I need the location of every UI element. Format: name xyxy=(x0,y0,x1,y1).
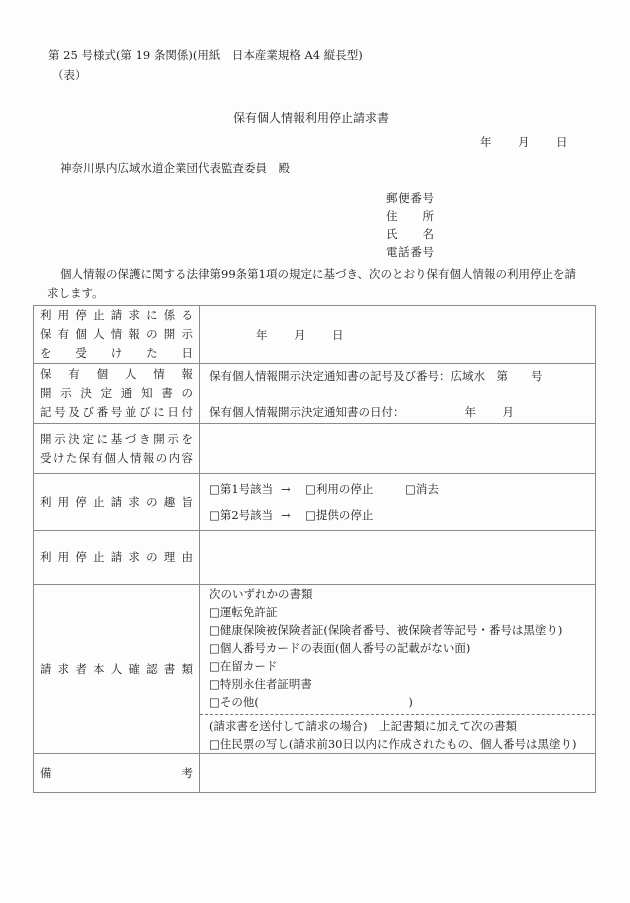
header-line: 開示決定通知書の xyxy=(40,384,193,403)
header-line: を受けた日 xyxy=(40,344,193,363)
table-row-purpose: 利用停止請求の趣旨 □第1号該当→□利用の停止□消去 □第2号該当→□提供の停止 xyxy=(34,474,596,531)
special-permanent-resident-checkbox[interactable]: □特別永住者証明書 xyxy=(209,675,595,693)
form-side-label: （表） xyxy=(52,67,87,83)
header-line: 保有個人情報の開示 xyxy=(40,325,193,344)
drivers-license-checkbox[interactable]: □運転免許証 xyxy=(209,603,595,621)
stop-use-checkbox[interactable]: □利用の停止 xyxy=(305,480,405,498)
table-row-notice-number: 保有個人情報 開示決定通知書の 記号及び番号並びに日付 保有個人情報開示決定通知… xyxy=(34,364,596,424)
notice-number-cell[interactable]: 保有個人情報開示決定通知書の記号及び番号：広域水 第 号 保有個人情報開示決定通… xyxy=(200,364,596,424)
month-label: 月 xyxy=(503,405,515,419)
postal-code-field[interactable]: 郵便番号 xyxy=(386,190,434,206)
disclosed-content-input[interactable] xyxy=(200,424,596,474)
postal-code-label: 郵便番号 xyxy=(386,190,434,206)
notice-date-label: 保有個人情報開示決定通知書の日付： xyxy=(209,405,405,419)
purpose-cell: □第1号該当→□利用の停止□消去 □第2号該当→□提供の停止 xyxy=(200,474,596,531)
purpose-header: 利用停止請求の趣旨 xyxy=(34,474,200,531)
header-line: 利用停止請求の理由 xyxy=(40,548,193,567)
case2-checkbox[interactable]: □第2号該当 xyxy=(209,506,281,524)
erase-checkbox[interactable]: □消去 xyxy=(405,482,439,496)
intro-text-line2: 求します。 xyxy=(47,285,104,301)
case1-checkbox[interactable]: □第1号該当 xyxy=(209,480,281,498)
disclosure-date-header: 利用停止請求に係る 保有個人情報の開示 を受けた日 xyxy=(34,306,200,364)
year-label: 年 xyxy=(465,403,503,421)
month-label: 月 xyxy=(518,134,556,150)
remarks-label-right: 考 xyxy=(182,765,194,781)
mail-request-note: (請求書を送付して請求の場合) 上記書類に加えて次の書類 xyxy=(200,717,595,735)
header-line: 保有個人情報 xyxy=(40,365,193,384)
dashed-divider: (請求書を送付して請求の場合) 上記書類に加えて次の書類 □住民票の写し(請求前… xyxy=(200,714,595,753)
header-line: 受けた保有個人情報の内容 xyxy=(40,449,193,468)
identity-documents-cell: 次のいずれかの書類 □運転免許証 □健康保険被保険者証(保険者番号、被保険者等記… xyxy=(200,585,596,754)
disclosure-date-input[interactable]: 年月日 xyxy=(200,306,596,364)
reason-input[interactable] xyxy=(200,531,596,585)
header-line: 利用停止請求の趣旨 xyxy=(40,493,193,512)
disclosed-content-header: 開示決定に基づき開示を 受けた保有個人情報の内容 xyxy=(34,424,200,474)
name-field[interactable]: 氏名 xyxy=(386,226,434,242)
intro-text-line1: 個人情報の保護に関する法律第99条第1項の規定に基づき、次のとおり保有個人情報の… xyxy=(60,266,576,282)
request-date: 年月日 xyxy=(480,134,568,150)
year-label: 年 xyxy=(480,134,518,150)
resident-record-checkbox[interactable]: □住民票の写し(請求前30日以内に作成されたもの、個人番号は黒塗り) xyxy=(200,735,595,753)
stop-provision-checkbox[interactable]: □提供の停止 xyxy=(305,508,373,522)
header-line: 開示決定に基づき開示を xyxy=(40,430,193,449)
month-label: 月 xyxy=(294,327,332,343)
address-field[interactable]: 住所 xyxy=(386,208,434,224)
notice-date-line: 保有個人情報開示決定通知書の日付：年月 xyxy=(209,403,595,421)
table-row-reason: 利用停止請求の理由 xyxy=(34,531,596,585)
identity-documents-header: 請求者本人確認書類 xyxy=(34,585,200,754)
other-document-checkbox[interactable]: □その他( ) xyxy=(209,693,595,711)
addressee: 神奈川県内広域水道企業団代表監査委員 殿 xyxy=(60,160,290,176)
year-label: 年 xyxy=(256,327,294,343)
table-row-disclosed-content: 開示決定に基づき開示を 受けた保有個人情報の内容 xyxy=(34,424,596,474)
residence-card-checkbox[interactable]: □在留カード xyxy=(209,657,595,675)
header-line: 利用停止請求に係る xyxy=(40,306,193,325)
day-label: 日 xyxy=(556,134,568,150)
address-label: 住所 xyxy=(386,208,434,224)
health-insurance-checkbox[interactable]: □健康保険被保険者証(保険者番号、被保険者等記号・番号は黒塗り) xyxy=(209,621,595,639)
phone-field[interactable]: 電話番号 xyxy=(386,244,434,260)
table-row-remarks: 備 考 xyxy=(34,754,596,793)
purpose-option-2: □第2号該当→□提供の停止 xyxy=(209,506,595,524)
header-line: 記号及び番号並びに日付 xyxy=(40,403,193,422)
header-line: 請求者本人確認書類 xyxy=(40,660,193,679)
phone-label: 電話番号 xyxy=(386,244,434,260)
request-form-table: 利用停止請求に係る 保有個人情報の開示 を受けた日 年月日 保有個人情報 開示決… xyxy=(33,305,596,793)
documents-intro: 次のいずれかの書類 xyxy=(209,585,595,603)
arrow-icon: → xyxy=(281,506,305,524)
my-number-card-checkbox[interactable]: □個人番号カードの表面(個人番号の記載がない面) xyxy=(209,639,595,657)
notice-number-header: 保有個人情報 開示決定通知書の 記号及び番号並びに日付 xyxy=(34,364,200,424)
day-label: 日 xyxy=(332,328,344,342)
document-title: 保有個人情報利用停止請求書 xyxy=(0,109,630,126)
table-row-disclosure-date: 利用停止請求に係る 保有個人情報の開示 を受けた日 年月日 xyxy=(34,306,596,364)
remarks-label-left: 備 xyxy=(40,765,52,781)
table-row-identity-documents: 請求者本人確認書類 次のいずれかの書類 □運転免許証 □健康保険被保険者証(保険… xyxy=(34,585,596,754)
reason-header: 利用停止請求の理由 xyxy=(34,531,200,585)
arrow-icon: → xyxy=(281,480,305,498)
purpose-option-1: □第1号該当→□利用の停止□消去 xyxy=(209,480,595,498)
name-label: 氏名 xyxy=(386,226,434,242)
remarks-input[interactable] xyxy=(200,754,596,793)
notice-number-label: 保有個人情報開示決定通知書の記号及び番号：広域水 第 号 xyxy=(209,367,595,385)
remarks-header: 備 考 xyxy=(34,754,200,793)
form-number: 第 25 号様式(第 19 条関係)(用紙 日本産業規格 A4 縦長型) xyxy=(48,47,363,63)
